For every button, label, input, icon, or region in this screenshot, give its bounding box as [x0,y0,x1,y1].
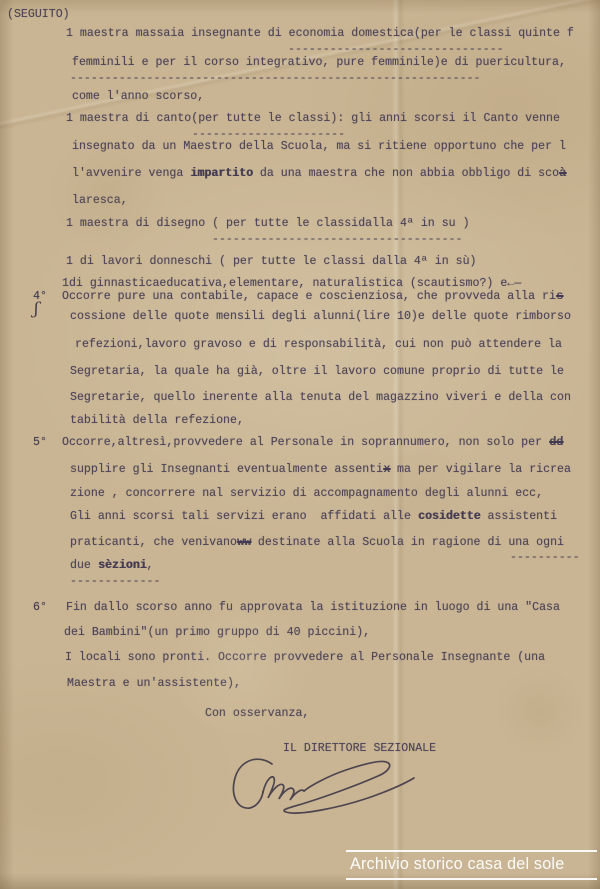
document-line: 1 di lavori donneschi ( per tutte le cla… [66,255,477,269]
item-6-marker: 6° [33,601,47,615]
archive-watermark-label: Archivio storico casa del sole [350,855,564,874]
document-line: ------------- [70,575,160,589]
document-line: dei Bambini"(un primo gruppo di 40 picci… [64,626,370,640]
document-line: tabilità della refezione, [70,414,244,428]
closing-salutation: Con osservanza, [205,707,309,721]
document-line: Segretaria, la quale ha già, oltre il la… [70,365,564,379]
document-line: Occorre,altresì,provvedere al Personale … [62,436,563,450]
document-line: 1di ginnasticaeducativa,elementare, natu… [62,277,521,291]
document-line: ---------- [510,551,580,565]
document-line: supplire gli Insegnanti eventualmente as… [70,463,571,477]
document-scan: (SEGUITO)1 maestra massaia insegnante di… [0,0,600,889]
document-line: Gli anni scorsi tali servizi erano affid… [70,510,557,524]
document-line: due sèzioni, [70,559,154,573]
document-line: Occorre pure una contabile, capace e cos… [62,290,563,304]
document-line: I locali sono pronti. Occorre provvedere… [65,651,545,665]
document-line: refezioni,lavoro gravoso e di responsabi… [75,338,562,352]
document-line: praticanti, che venivanoww destinate all… [70,536,564,550]
document-line: come l'anno scorso, [72,90,204,104]
signature [228,750,423,830]
document-line: Segretarie, quello inerente alla tenuta … [70,391,571,405]
archive-watermark: Archivio storico casa del sole [346,850,597,880]
document-line: 1 maestra di canto(per tutte le classi):… [66,112,560,126]
document-line: laresca, [72,194,128,208]
document-line: zione , concorrere nal servizio di accom… [70,487,543,501]
document-line: Fin dallo scorso anno fu approvata la is… [66,601,560,615]
continuation-label: (SEGUITO) [7,8,70,22]
document-line: 1 maestra massaia insegnante di economia… [66,27,574,41]
item-5-marker: 5° [33,436,47,450]
document-line: cossione delle quote mensili degli alunn… [70,310,571,324]
document-line: Maestra e un'assistente), [67,677,241,691]
document-line: 1 maestra di disegno ( per tutte le clas… [66,217,470,231]
handwritten-mark: ʃ [34,302,39,316]
document-line: insegnato da un Maestro della Scuola, ma… [72,140,566,154]
document-line: l'avvenire venga impartito da una maestr… [72,167,566,181]
document-line: femminili e per il corso integrativo, pu… [72,56,566,70]
document-line: ----------------------------------------… [70,72,481,86]
document-line: ------------------------------------ [212,233,462,247]
document-line: ------------------------------- [288,43,504,57]
